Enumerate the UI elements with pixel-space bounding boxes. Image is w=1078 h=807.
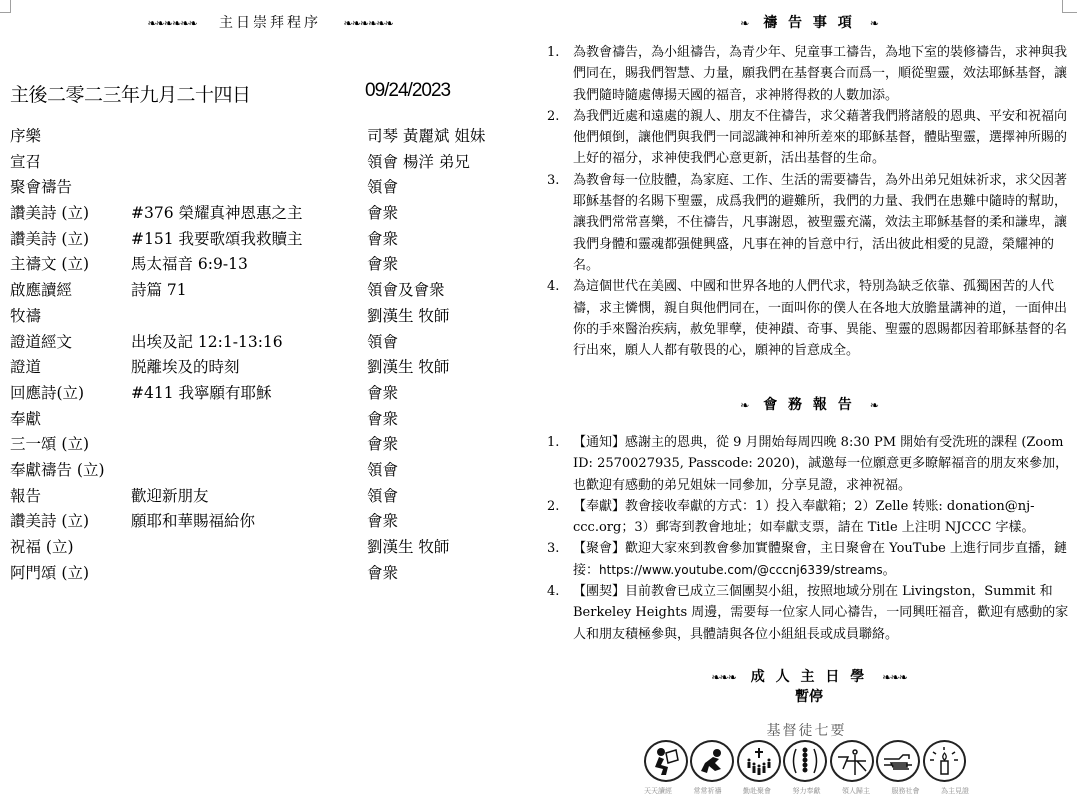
program-content: #376 榮耀真神恩惠之主 — [131, 201, 303, 223]
prayer-list: 1.為教會禱告，為小組禱告，為青少年、兒童事工禱告，為地下室的裝修禱告，求神與我… — [547, 42, 1072, 361]
program-row: 回應詩(立)#411 我寧願有耶穌會衆 — [10, 381, 530, 407]
prayer-item: 4.為這個世代在美國、中國和世界各地的人們代求，特別為缺乏依靠、孤獨困苦的人代禱… — [547, 276, 1072, 361]
program-row: 阿門頌 (立)會衆 — [10, 561, 530, 587]
program-item: 阿門頌 (立) — [10, 561, 89, 583]
offering-icon — [783, 740, 827, 782]
ornament-icon: ❧❧❧❧❧❧ — [343, 17, 392, 30]
program-row: 聚會禱告領會 — [10, 175, 530, 201]
date-numeric: 09/24/2023 — [365, 80, 450, 102]
program-leader: 領會 楊洋 弟兄 — [367, 150, 470, 172]
ornament-icon: ❧ — [870, 399, 878, 412]
program-content: 願耶和華賜福給你 — [131, 509, 255, 531]
prayer-text: 為教會每一位肢體，為家庭、工作、生活的需要禱告，為外出弟兄姐妹祈求，求父因著耶穌… — [573, 173, 1067, 273]
evangelism-icon — [830, 740, 874, 782]
program-item: 讚美詩 (立) — [10, 227, 89, 249]
program-row: 讚美詩 (立)#151 我要歌頌我救贖主會衆 — [10, 227, 530, 253]
program-row: 祝福 (立)劉漢生 牧師 — [10, 535, 530, 561]
date-chinese: 主後二零二三年九月二十四日 — [10, 80, 251, 107]
program-row: 三一頌 (立)會衆 — [10, 432, 530, 458]
program-item: 證道經文 — [10, 330, 72, 352]
program-leader: 領會 — [367, 484, 398, 506]
sunday-school-title: 成 人 主 日 學 — [751, 669, 868, 685]
reading-bible-icon — [644, 740, 688, 782]
seven-essentials-title: 基督徒七要 — [644, 720, 969, 740]
essential-label: 常常祈禱 — [694, 786, 722, 796]
program-row: 牧禱劉漢生 牧師 — [10, 304, 530, 330]
program-leader: 劉漢生 牧師 — [367, 304, 449, 326]
program-item: 主禱文 (立) — [10, 252, 89, 274]
program-item: 序樂 — [10, 124, 41, 146]
seven-essentials-labels: 天天讀經 常常祈禱 勤赴聚會 努力奉獻 領人歸主 服務社會 為主見證 — [644, 786, 969, 796]
program-row: 奉獻會衆 — [10, 407, 530, 433]
item-number: 1. — [547, 432, 559, 453]
prayer-title: 禱 告 事 項 — [763, 15, 855, 31]
program-leader: 會衆 — [367, 561, 398, 583]
essential-label: 領人歸主 — [842, 786, 870, 796]
program-item: 牧禱 — [10, 304, 41, 326]
program-row: 宣召領會 楊洋 弟兄 — [10, 150, 530, 176]
announcements-title: 會 務 報 告 — [763, 397, 855, 413]
program-leader: 會衆 — [367, 381, 398, 403]
program-item: 讚美詩 (立) — [10, 509, 89, 531]
program-item: 啟應讀經 — [10, 278, 72, 300]
sunday-school-status: 暫停 — [540, 686, 1078, 706]
program-item: 回應詩(立) — [10, 381, 84, 403]
program-row: 讚美詩 (立)#376 榮耀真神恩惠之主會衆 — [10, 201, 530, 227]
program-content: #151 我要歌頌我救贖主 — [131, 227, 303, 249]
program-row: 報告歡迎新朋友領會 — [10, 484, 530, 510]
program-leader: 會衆 — [367, 407, 398, 429]
program-row: 證道經文出埃及記 12:1-13:16領會 — [10, 330, 530, 356]
announcements-heading: ❧ 會 務 報 告 ❧ — [540, 394, 1078, 414]
program-item: 證道 — [10, 355, 41, 377]
candle-witness-icon — [923, 740, 967, 782]
announcement-item: 4.【團契】目前教會已成立三個團契小組，按照地域分別在 Livingston，S… — [547, 581, 1072, 645]
program-leader: 領會 — [367, 458, 398, 480]
program-leader: 會衆 — [367, 227, 398, 249]
announcement-text: 【團契】目前教會已成立三個團契小組，按照地域分別在 Livingston，Sum… — [573, 584, 1068, 642]
program-content: 詩篇 71 — [131, 278, 187, 300]
announcement-text-end: 。 — [883, 563, 896, 578]
program-row: 讚美詩 (立)願耶和華賜福給你會衆 — [10, 509, 530, 535]
ornament-icon: ❧ — [870, 17, 878, 30]
sunday-school-heading: ❧❧❧ 成 人 主 日 學 ❧❧❧ — [540, 666, 1078, 686]
program-row: 序樂司琴 黃麗斌 姐妹 — [10, 124, 530, 150]
program-leader: 會衆 — [367, 509, 398, 531]
youtube-link[interactable]: https://www.youtube.com/@cccnj6339/strea… — [599, 563, 883, 577]
service-icon — [876, 740, 920, 782]
program-content: 馬太福音 6:9-13 — [131, 252, 248, 274]
essential-label: 努力奉獻 — [793, 786, 821, 796]
program-item: 報告 — [10, 484, 41, 506]
announcement-list: 1.【通知】感謝主的恩典，從 9 月開始每周四晚 8:30 PM 開始有受洗班的… — [547, 432, 1072, 645]
program-content: 歡迎新朋友 — [131, 484, 209, 506]
program-leader: 領會及會衆 — [367, 278, 445, 300]
worship-order-heading: ❧❧❧❧❧❧ 主日崇拜程序 ❧❧❧❧❧❧ — [0, 12, 540, 32]
program-item: 祝福 (立) — [10, 535, 74, 557]
prayer-item: 3.為教會每一位肢體，為家庭、工作、生活的需要禱告，為外出弟兄姐妹祈求，求父因著… — [547, 170, 1072, 276]
program-row: 證道脱離埃及的時刻劉漢生 牧師 — [10, 355, 530, 381]
item-number: 1. — [547, 42, 559, 63]
ornament-icon: ❧❧❧ — [711, 671, 736, 684]
worship-order-page: ❧❧❧❧❧❧ 主日崇拜程序 ❧❧❧❧❧❧ 主後二零二三年九月二十四日 09/24… — [0, 0, 540, 807]
program-item: 宣召 — [10, 150, 41, 172]
seven-essentials-graphic: 基督徒七要 天天讀經 常 — [644, 720, 969, 807]
kneeling-prayer-icon — [690, 740, 734, 782]
program-row: 主禱文 (立)馬太福音 6:9-13會衆 — [10, 252, 530, 278]
program-row: 奉獻禱告 (立)領會 — [10, 458, 530, 484]
prayer-text: 為這個世代在美國、中國和世界各地的人們代求，特別為缺乏依靠、孤獨困苦的人代禱，求… — [573, 279, 1067, 358]
program-leader: 劉漢生 牧師 — [367, 535, 449, 557]
prayer-heading: ❧ 禱 告 事 項 ❧ — [540, 12, 1078, 32]
announcement-text: 【通知】感謝主的恩典，從 9 月開始每周四晚 8:30 PM 開始有受洗班的課程… — [573, 435, 1068, 493]
item-number: 3. — [547, 538, 559, 559]
announcement-item: 3.【聚會】歡迎大家來到教會參加實體聚會，主日聚會在 YouTube 上進行同步… — [547, 538, 1072, 581]
prayer-text: 為我們近處和遠處的親人、朋友不住禱告，求父藉著我們將諸般的恩典、平安和祝福向他們… — [573, 109, 1067, 167]
prayer-text: 為教會禱告，為小組禱告，為青少年、兒童事工禱告，為地下室的裝修禱告，求神與我們同… — [573, 45, 1067, 103]
program-leader: 會衆 — [367, 252, 398, 274]
ornament-icon: ❧ — [740, 17, 748, 30]
announcement-item: 1.【通知】感謝主的恩典，從 9 月開始每周四晚 8:30 PM 開始有受洗班的… — [547, 432, 1072, 496]
program-leader: 會衆 — [367, 201, 398, 223]
ornament-icon: ❧❧❧❧❧❧ — [147, 17, 196, 30]
gathering-icon — [737, 740, 781, 782]
item-number: 2. — [547, 496, 559, 517]
service-date-row: 主後二零二三年九月二十四日 09/24/2023 — [10, 80, 530, 106]
announcement-item: 2.【奉獻】教會接收奉獻的方式：1）投入奉獻箱；2）Zelle 转账: dona… — [547, 496, 1072, 539]
program-leader: 司琴 黃麗斌 姐妹 — [367, 124, 485, 146]
program-content: 脱離埃及的時刻 — [131, 355, 240, 377]
ornament-icon: ❧ — [740, 399, 748, 412]
essential-label: 勤赴聚會 — [743, 786, 771, 796]
bulletin-right-page: ❧ 禱 告 事 項 ❧ 1.為教會禱告，為小組禱告，為青少年、兒童事工禱告，為地… — [540, 0, 1078, 807]
item-number: 3. — [547, 170, 559, 191]
program-leader: 劉漢生 牧師 — [367, 355, 449, 377]
seven-essentials-icons — [644, 740, 969, 784]
essential-label: 天天讀經 — [644, 786, 672, 796]
program-item: 奉獻 — [10, 407, 41, 429]
essential-label: 為主見證 — [941, 786, 969, 796]
worship-order-title: 主日崇拜程序 — [219, 15, 321, 31]
essential-label: 服務社會 — [892, 786, 920, 796]
item-number: 2. — [547, 106, 559, 127]
item-number: 4. — [547, 581, 559, 602]
prayer-item: 1.為教會禱告，為小組禱告，為青少年、兒童事工禱告，為地下室的裝修禱告，求神與我… — [547, 42, 1072, 106]
program-content: #411 我寧願有耶穌 — [131, 381, 272, 403]
item-number: 4. — [547, 276, 559, 297]
program-row: 啟應讀經詩篇 71領會及會衆 — [10, 278, 530, 304]
prayer-item: 2.為我們近處和遠處的親人、朋友不住禱告，求父藉著我們將諸般的恩典、平安和祝福向… — [547, 106, 1072, 170]
program-item: 三一頌 (立) — [10, 432, 89, 454]
program-leader: 領會 — [367, 330, 398, 352]
announcement-text: 【奉獻】教會接收奉獻的方式：1）投入奉獻箱；2）Zelle 转账: donati… — [573, 499, 1035, 535]
program-item: 聚會禱告 — [10, 175, 72, 197]
ornament-icon: ❧❧❧ — [882, 671, 907, 684]
program-item: 讚美詩 (立) — [10, 201, 89, 223]
program-leader: 領會 — [367, 175, 398, 197]
program-list: 序樂司琴 黃麗斌 姐妹 宣召領會 楊洋 弟兄 聚會禱告領會 讚美詩 (立)#37… — [10, 124, 530, 586]
program-content: 出埃及記 12:1-13:16 — [131, 330, 283, 352]
program-item: 奉獻禱告 (立) — [10, 458, 105, 480]
program-leader: 會衆 — [367, 432, 398, 454]
